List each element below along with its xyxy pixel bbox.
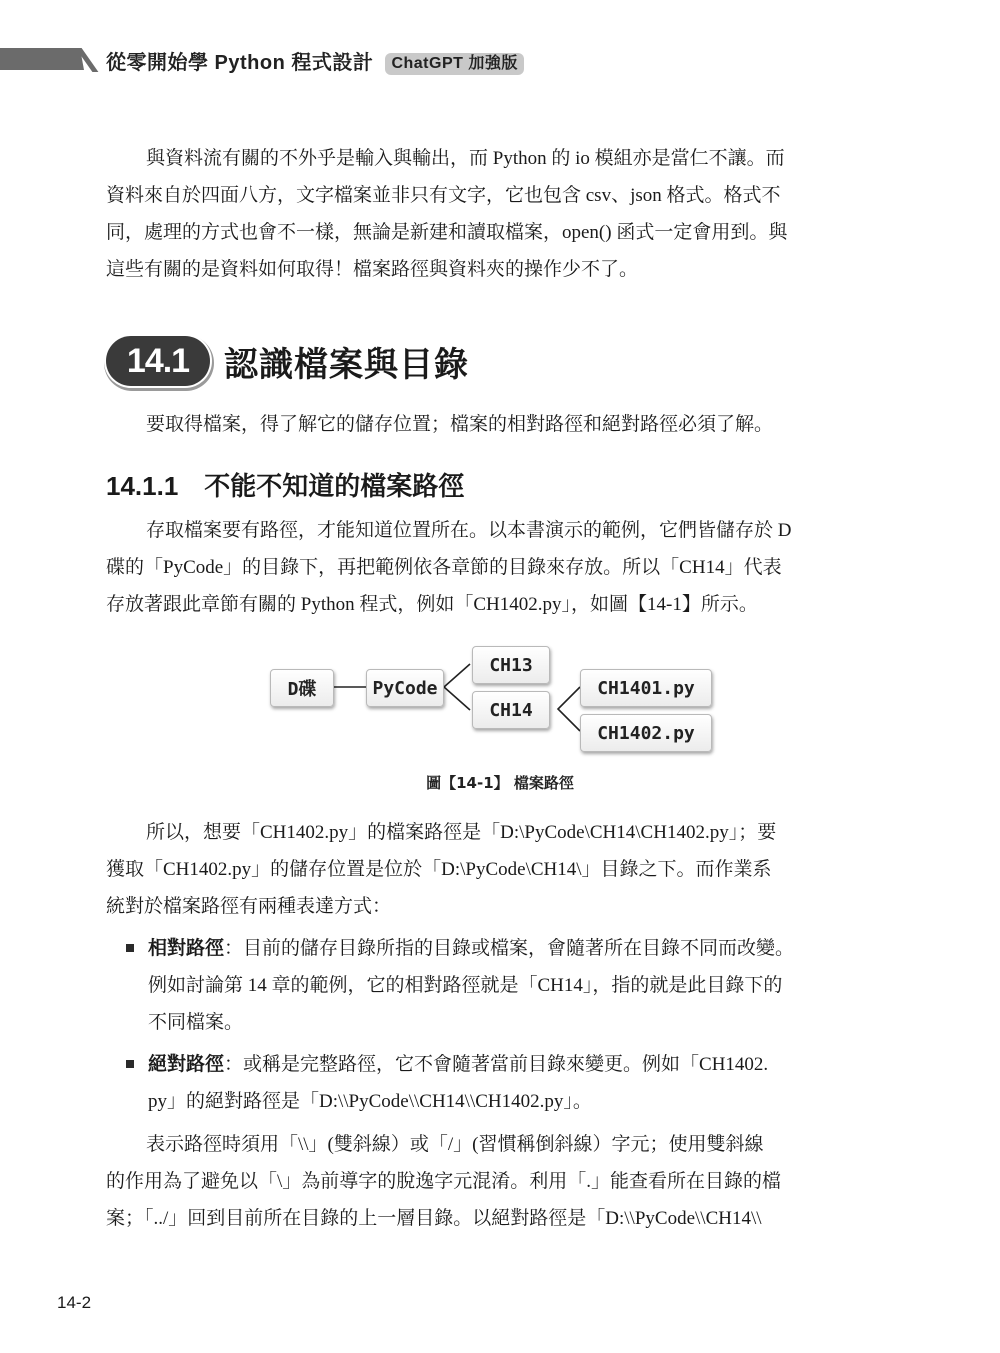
text-line: 同，處理的方式也會不一樣，無論是新建和讀取檔案，open() 函式一定會用到。與	[106, 214, 878, 251]
bullet-term: 絕對路徑	[148, 1053, 224, 1075]
text-line: 絕對路徑：或稱是完整路徑，它不會隨著當前目錄來變更。例如「CH1402.	[148, 1046, 888, 1083]
section-number-badge: 14.1	[106, 336, 210, 386]
text-line: 這些有關的是資料如何取得！檔案路徑與資料夾的操作少不了。	[106, 251, 878, 288]
file-path-diagram: D碟 PyCode CH13 CH14 CH1401.py CH1402.py	[268, 646, 718, 754]
text-line: 統對於檔案路徑有兩種表達方式：	[106, 888, 878, 925]
figure-caption: 圖【14-1】 檔案路徑	[0, 772, 1000, 793]
text-line: py」的絕對路徑是「D:\\PyCode\\CH14\\CH1402.py」。	[148, 1083, 888, 1120]
header-decor-bar	[0, 48, 84, 70]
path-paragraph: 所以，想要「CH1402.py」的檔案路徑是「D:\PyCode\CH14\CH…	[106, 814, 878, 925]
text-line: 存取檔案要有路徑，才能知道位置所在。以本書演示的範例，它們皆儲存於 D	[106, 512, 878, 549]
text-line: 表示路徑時須用「\\」(雙斜線）或「/」(習慣稱倒斜線）字元；使用雙斜線	[106, 1126, 878, 1163]
node-ch13: CH13	[472, 646, 550, 684]
subsection-number: 14.1.1	[106, 471, 178, 501]
text-line: 資料來自於四面八方，文字檔案並非只有文字，它也包含 csv、json 格式。格式…	[106, 177, 878, 214]
book-title: 從零開始學 Python 程式設計 ChatGPT 加強版	[106, 46, 524, 75]
node-drive-d: D碟	[270, 669, 334, 707]
running-header: 從零開始學 Python 程式設計 ChatGPT 加強版	[0, 44, 1000, 74]
text-line: 獲取「CH1402.py」的儲存位置是位於「D:\PyCode\CH14\」目錄…	[106, 851, 878, 888]
text-line: 例如討論第 14 章的範例，它的相對路徑就是「CH14」，指的就是此目錄下的	[148, 967, 888, 1004]
subsection-heading: 14.1.1不能不知道的檔案路徑	[106, 466, 464, 503]
book-title-text: 從零開始學 Python 程式設計	[106, 52, 373, 74]
subsection-title: 不能不知道的檔案路徑	[204, 472, 464, 502]
node-ch1401-py: CH1401.py	[580, 669, 712, 707]
text-line: 所以，想要「CH1402.py」的檔案路徑是「D:\PyCode\CH14\CH…	[106, 814, 878, 851]
node-ch1402-py: CH1402.py	[580, 714, 712, 752]
bullet-term: 相對路徑	[148, 937, 224, 959]
bullet-text: ：或稱是完整路徑，它不會隨著當前目錄來變更。例如「CH1402.	[224, 1054, 768, 1075]
bullet-square-icon	[126, 1060, 134, 1068]
node-pycode: PyCode	[366, 669, 444, 707]
node-ch14: CH14	[472, 691, 550, 729]
text-line: 碟的「PyCode」的目錄下，再把範例依各章節的目錄來存放。所以「CH14」代表	[106, 549, 878, 586]
subsection-paragraph: 存取檔案要有路徑，才能知道位置所在。以本書演示的範例，它們皆儲存於 D 碟的「P…	[106, 512, 878, 623]
bullet-square-icon	[126, 944, 134, 952]
text-line: 存放著跟此章節有關的 Python 程式，例如「CH1402.py」，如圖【14…	[106, 586, 878, 623]
page-number: 14-2	[57, 1293, 91, 1313]
text-line: 的作用為了避免以「\」為前導字的脫逸字元混淆。利用「.」能查看所在目錄的檔	[106, 1163, 878, 1200]
intro-paragraph: 與資料流有關的不外乎是輸入與輸出，而 Python 的 io 模組亦是當仁不讓。…	[106, 140, 878, 288]
edition-badge: ChatGPT 加強版	[385, 53, 523, 75]
closing-paragraph: 表示路徑時須用「\\」(雙斜線）或「/」(習慣稱倒斜線）字元；使用雙斜線 的作用…	[106, 1126, 878, 1237]
text-line: 案；「../」回到目前所在目錄的上一層目錄。以絕對路徑是「D:\\PyCode\…	[106, 1200, 878, 1237]
text-line: 要取得檔案，得了解它的儲存位置；檔案的相對路徑和絕對路徑必須了解。	[106, 406, 878, 443]
bullet-text: ：目前的儲存目錄所指的目錄或檔案，會隨著所在目錄不同而改變。	[224, 938, 794, 959]
section-heading: 14.1 認識檔案與目錄	[106, 332, 469, 390]
section-title: 認識檔案與目錄	[224, 337, 469, 386]
text-line: 與資料流有關的不外乎是輸入與輸出，而 Python 的 io 模組亦是當仁不讓。…	[106, 140, 878, 177]
section-lead: 要取得檔案，得了解它的儲存位置；檔案的相對路徑和絕對路徑必須了解。	[106, 406, 878, 443]
text-line: 相對路徑：目前的儲存目錄所指的目錄或檔案，會隨著所在目錄不同而改變。	[148, 930, 888, 967]
text-line: 不同檔案。	[148, 1004, 888, 1041]
